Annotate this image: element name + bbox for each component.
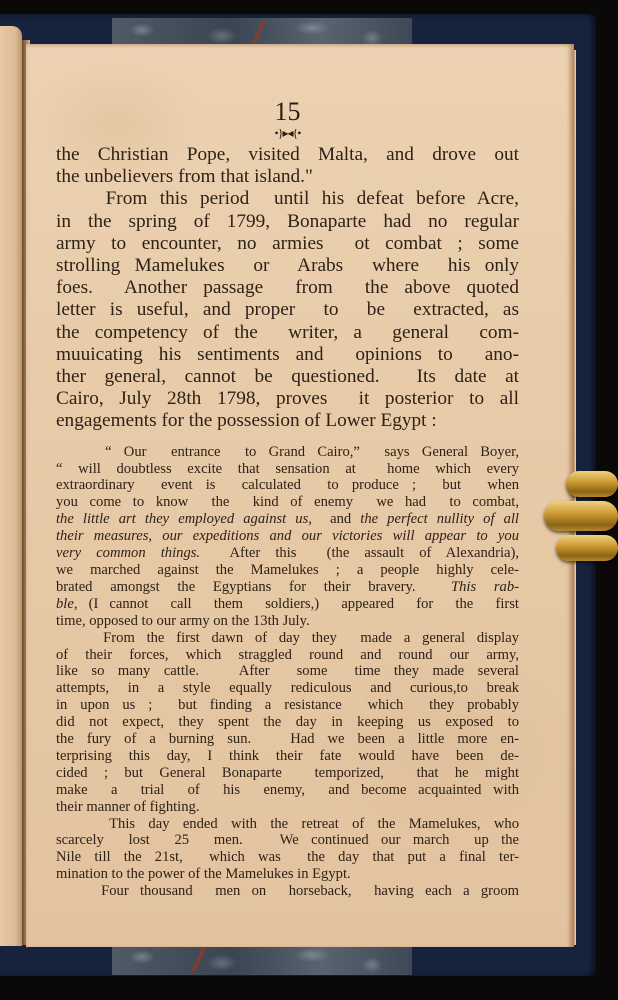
text-run: “ Our entrance to Grand Cairo,” says Gen… <box>56 444 519 460</box>
brass-clasp <box>540 465 618 587</box>
quote-line: time, opposed to our army on the 13th Ju… <box>56 613 519 630</box>
text-run: mination to the power of the Mamelukes i… <box>56 866 351 882</box>
text-run: Four thousand men on horseback, having e… <box>56 883 519 899</box>
quote-line: brated amongst the Egyptians for their b… <box>56 579 519 596</box>
page-number: 15 <box>56 98 519 126</box>
quote-line: did not expect, they spent the day in ke… <box>56 714 519 731</box>
quote-line: mination to the power of the Mamelukes i… <box>56 866 519 883</box>
quote-line: we marched against the Mamelukes ; a peo… <box>56 562 519 579</box>
clasp-finger <box>556 535 618 561</box>
text-line: Cairo, July 28th 1798, proves it posteri… <box>56 388 519 410</box>
quote-line: attempts, in a style equally rediculous … <box>56 680 519 697</box>
text-line: From this period until his defeat before… <box>56 188 519 210</box>
quote-line: Nile till the 21st, which was the day th… <box>56 849 519 866</box>
italic-text: This rab- <box>451 579 519 595</box>
italic-text: their measures, our expeditions and our … <box>56 528 519 544</box>
page-text: 15 •}▸◂{• the Christian Pope, visited Ma… <box>56 98 519 900</box>
text-run: you come to know the kind of enemy we ha… <box>56 494 519 510</box>
text-line: in the spring of 1799, Bonaparte had no … <box>56 211 519 233</box>
text-run: make a trial of his enemy, and become ac… <box>56 782 519 798</box>
quote-line: terprising this day, I think their fate … <box>56 748 519 765</box>
text-run: in upon us ; but finding a resistance wh… <box>56 697 519 713</box>
text-run: From the first dawn of day they made a g… <box>56 630 519 646</box>
quote-line: This day ended with the retreat of the M… <box>56 816 519 833</box>
text-run: terprising this day, I think their fate … <box>56 748 519 764</box>
text-line: muuicating his sentiments and opinions t… <box>56 344 519 366</box>
quote-line: very common things. After this (the assa… <box>56 545 519 562</box>
italic-text: ble, <box>56 596 77 612</box>
quote-line: scarcely lost 25 men. We continued our m… <box>56 832 519 849</box>
quote-line: “ Our entrance to Grand Cairo,” says Gen… <box>56 444 519 461</box>
left-page-edge <box>0 26 22 946</box>
text-line: engagements for the possession of Lower … <box>56 410 519 432</box>
text-run: the fury of a burning sun. Had we been a… <box>56 731 519 747</box>
quote-line: the little art they employed against us,… <box>56 511 519 528</box>
clasp-finger <box>566 471 618 497</box>
text-run: extraordinary event is calculated to pro… <box>56 477 519 493</box>
text-run: This day ended with the retreat of the M… <box>56 816 519 832</box>
quote-line: like so many cattle. After some time the… <box>56 663 519 680</box>
quote-line: of their forces, which straggled round a… <box>56 647 519 664</box>
text-run: time, opposed to our army on the 13th Ju… <box>56 613 310 629</box>
quoted-letter: “ Our entrance to Grand Cairo,” says Gen… <box>56 444 519 900</box>
text-run: After this (the assault of Alexandria), <box>200 545 519 561</box>
text-run: brated amongst the Egyptians for their b… <box>56 579 451 595</box>
text-run: of their forces, which straggled round a… <box>56 647 519 663</box>
text-line: the Christian Pope, visited Malta, and d… <box>56 144 519 166</box>
text-line: the unbelievers from that island." <box>56 166 519 188</box>
text-run: attempts, in a style equally rediculous … <box>56 680 519 696</box>
text-run: their manner of fighting. <box>56 799 199 815</box>
large-type-body: the Christian Pope, visited Malta, and d… <box>56 144 519 433</box>
quote-line: extraordinary event is calculated to pro… <box>56 477 519 494</box>
clasp-finger <box>544 501 618 531</box>
text-run: scarcely lost 25 men. We continued our m… <box>56 832 519 848</box>
quote-line: their measures, our expeditions and our … <box>56 528 519 545</box>
marble-vein <box>191 946 206 974</box>
text-run: we marched against the Mamelukes ; a peo… <box>56 562 519 578</box>
text-run: cided ; but General Bonaparte temporized… <box>56 765 519 781</box>
text-line: foes. Another passage from the above quo… <box>56 277 519 299</box>
quote-line: Four thousand men on horseback, having e… <box>56 883 519 900</box>
quote-line: ble, (I cannot call them soldiers,) appe… <box>56 596 519 613</box>
italic-text: the little art they employed against us, <box>56 511 312 527</box>
marbled-endpaper-bottom <box>112 945 412 975</box>
quote-line: you come to know the kind of enemy we ha… <box>56 494 519 511</box>
text-line: strolling Mamelukes or Arabs where his o… <box>56 255 519 277</box>
text-line: ther general, cannot be questioned. Its … <box>56 366 519 388</box>
text-run: and <box>312 511 360 527</box>
quote-line: “ will doubtless excite that sensation a… <box>56 461 519 478</box>
text-run: (I cannot call them soldiers,) appeared … <box>77 596 519 612</box>
quote-line: From the first dawn of day they made a g… <box>56 630 519 647</box>
text-run: “ will doubtless excite that sensation a… <box>56 461 519 477</box>
ornament-divider: •}▸◂{• <box>56 126 519 140</box>
quote-line: cided ; but General Bonaparte temporized… <box>56 765 519 782</box>
quote-line: make a trial of his enemy, and become ac… <box>56 782 519 799</box>
text-run: Nile till the 21st, which was the day th… <box>56 849 519 865</box>
marble-vein <box>251 19 266 47</box>
quote-line: in upon us ; but finding a resistance wh… <box>56 697 519 714</box>
text-line: army to encounter, no armies ot combat ;… <box>56 233 519 255</box>
italic-text: very common things. <box>56 545 200 561</box>
text-run: like so many cattle. After some time the… <box>56 663 519 679</box>
text-run: did not expect, they spent the day in ke… <box>56 714 519 730</box>
quote-line: their manner of fighting. <box>56 799 519 816</box>
text-line: the competency of the writer, a general … <box>56 322 519 344</box>
text-line: letter is useful, and proper to be extra… <box>56 299 519 321</box>
quote-line: the fury of a burning sun. Had we been a… <box>56 731 519 748</box>
italic-text: the perfect nullity of all <box>360 511 519 527</box>
